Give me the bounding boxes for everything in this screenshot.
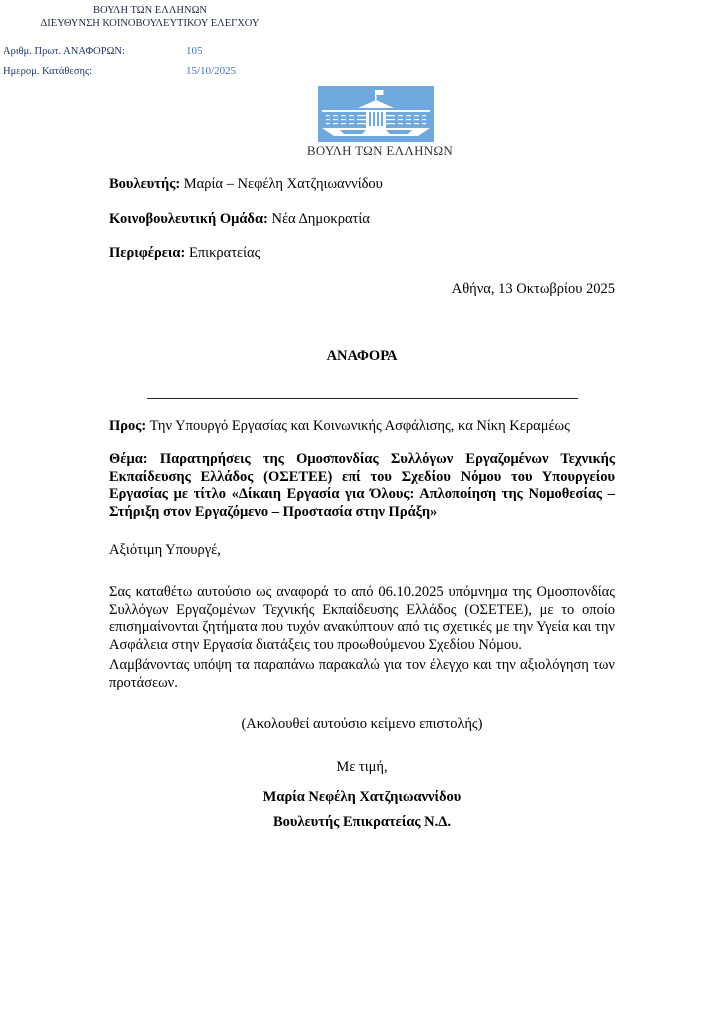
- logo-caption: ΒΟΥΛΗ ΤΩΝ ΕΛΛΗΝΩΝ: [300, 143, 460, 159]
- closing: Με τιμή,: [109, 759, 615, 776]
- header-line-1: ΒΟΥΛΗ ΤΩΝ ΕΛΛΗΝΩΝ: [0, 5, 300, 17]
- protocol-label: Αριθμ. Πρωτ. ΑΝΑΦΟΡΩΝ:: [3, 46, 125, 57]
- mp-label: Βουλευτής:: [109, 176, 180, 192]
- mp-field: Βουλευτής: Μαρία – Νεφέλη Χατζηιωαννίδου: [109, 176, 383, 193]
- subject-value: Παρατηρήσεις της Ομοσπονδίας Συλλόγων Ερ…: [109, 451, 615, 520]
- signatory-name: Μαρία Νεφέλη Χατζηιωαννίδου: [109, 789, 615, 806]
- signatory-title: Βουλευτής Επικρατείας Ν.Δ.: [109, 814, 615, 831]
- enclosure-note: (Ακολουθεί αυτούσιο κείμενο επιστολής): [109, 716, 615, 733]
- parliament-building-icon: [318, 86, 434, 142]
- region-label: Περιφέρεια:: [109, 245, 185, 261]
- recipient-field: Προς: Την Υπουργό Εργασίας και Κοινωνική…: [109, 418, 570, 435]
- body-paragraph-2: Λαμβάνοντας υπόψη τα παραπάνω παρακαλώ γ…: [109, 657, 615, 692]
- date-value: 15/10/2025: [186, 65, 236, 77]
- subject-label: Θέμα:: [109, 451, 148, 467]
- group-field: Κοινοβουλευτική Ομάδα: Νέα Δημοκρατία: [109, 211, 370, 228]
- recipient-value: Την Υπουργό Εργασίας και Κοινωνικής Ασφά…: [150, 418, 570, 434]
- divider-line: [147, 398, 578, 399]
- mp-value: Μαρία – Νεφέλη Χατζηιωαννίδου: [184, 176, 383, 192]
- protocol-value: 105: [186, 45, 203, 57]
- subject-field: Θέμα: Παρατηρήσεις της Ομοσπονδίας Συλλό…: [109, 451, 615, 521]
- parliament-logo: [318, 86, 434, 142]
- recipient-label: Προς:: [109, 418, 146, 434]
- group-label: Κοινοβουλευτική Ομάδα:: [109, 211, 268, 227]
- region-value: Επικρατείας: [189, 245, 260, 261]
- place-date: Αθήνα, 13 Οκτωβρίου 2025: [452, 281, 615, 298]
- salutation: Αξιότιμη Υπουργέ,: [109, 542, 221, 559]
- document-title: ΑΝΑΦΟΡΑ: [109, 348, 615, 365]
- date-label: Ημερομ. Κατάθεσης:: [3, 66, 92, 77]
- group-value: Νέα Δημοκρατία: [272, 211, 370, 227]
- body-paragraph-1: Σας καταθέτω αυτούσιο ως αναφορά το από …: [109, 584, 615, 654]
- region-field: Περιφέρεια: Επικρατείας: [109, 245, 260, 262]
- header-line-2: ΔΙΕΥΘΥΝΣΗ ΚΟΙΝΟΒΟΥΛΕΥΤΙΚΟΥ ΕΛΕΓΧΟΥ: [0, 18, 300, 30]
